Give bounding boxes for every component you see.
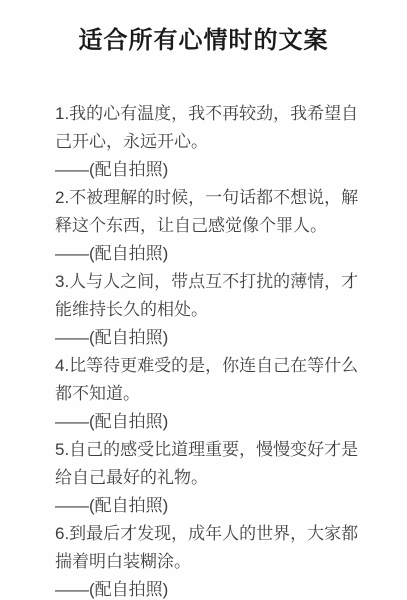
quote-item: 3.人与人之间，带点互不打扰的薄情，才能维持长久的相处。 ——(配自拍照) — [55, 268, 369, 352]
quote-attribution: ——(配自拍照) — [55, 576, 369, 600]
quote-item: 2.不被理解的时候，一句话都不想说，解释这个东西，让自己感觉像个罪人。 ——(配… — [55, 184, 369, 268]
quote-item: 5.自己的感受比道理重要，慢慢变好才是给自己最好的礼物。 ——(配自拍照) — [55, 436, 369, 520]
quote-page: 适合所有心情时的文案 1.我的心有温度，我不再较劲，我希望自己开心，永远开心。 … — [0, 0, 407, 600]
quote-attribution: ——(配自拍照) — [55, 324, 369, 352]
quote-text: 4.比等待更难受的是，你连自己在等什么都不知道。 — [55, 352, 369, 408]
quote-text: 5.自己的感受比道理重要，慢慢变好才是给自己最好的礼物。 — [55, 436, 369, 492]
quote-text: 1.我的心有温度，我不再较劲，我希望自己开心，永远开心。 — [55, 100, 369, 156]
quote-attribution: ——(配自拍照) — [55, 156, 369, 184]
page-title: 适合所有心情时的文案 — [0, 26, 407, 56]
quote-attribution: ——(配自拍照) — [55, 240, 369, 268]
quote-list: 1.我的心有温度，我不再较劲，我希望自己开心，永远开心。 ——(配自拍照) 2.… — [55, 100, 369, 600]
quote-text: 6.到最后才发现，成年人的世界，大家都揣着明白装糊涂。 — [55, 520, 369, 576]
quote-item: 1.我的心有温度，我不再较劲，我希望自己开心，永远开心。 ——(配自拍照) — [55, 100, 369, 184]
quote-item: 6.到最后才发现，成年人的世界，大家都揣着明白装糊涂。 ——(配自拍照) — [55, 520, 369, 600]
quote-attribution: ——(配自拍照) — [55, 408, 369, 436]
quote-attribution: ——(配自拍照) — [55, 492, 369, 520]
quote-text: 3.人与人之间，带点互不打扰的薄情，才能维持长久的相处。 — [55, 268, 369, 324]
quote-text: 2.不被理解的时候，一句话都不想说，解释这个东西，让自己感觉像个罪人。 — [55, 184, 369, 240]
quote-item: 4.比等待更难受的是，你连自己在等什么都不知道。 ——(配自拍照) — [55, 352, 369, 436]
